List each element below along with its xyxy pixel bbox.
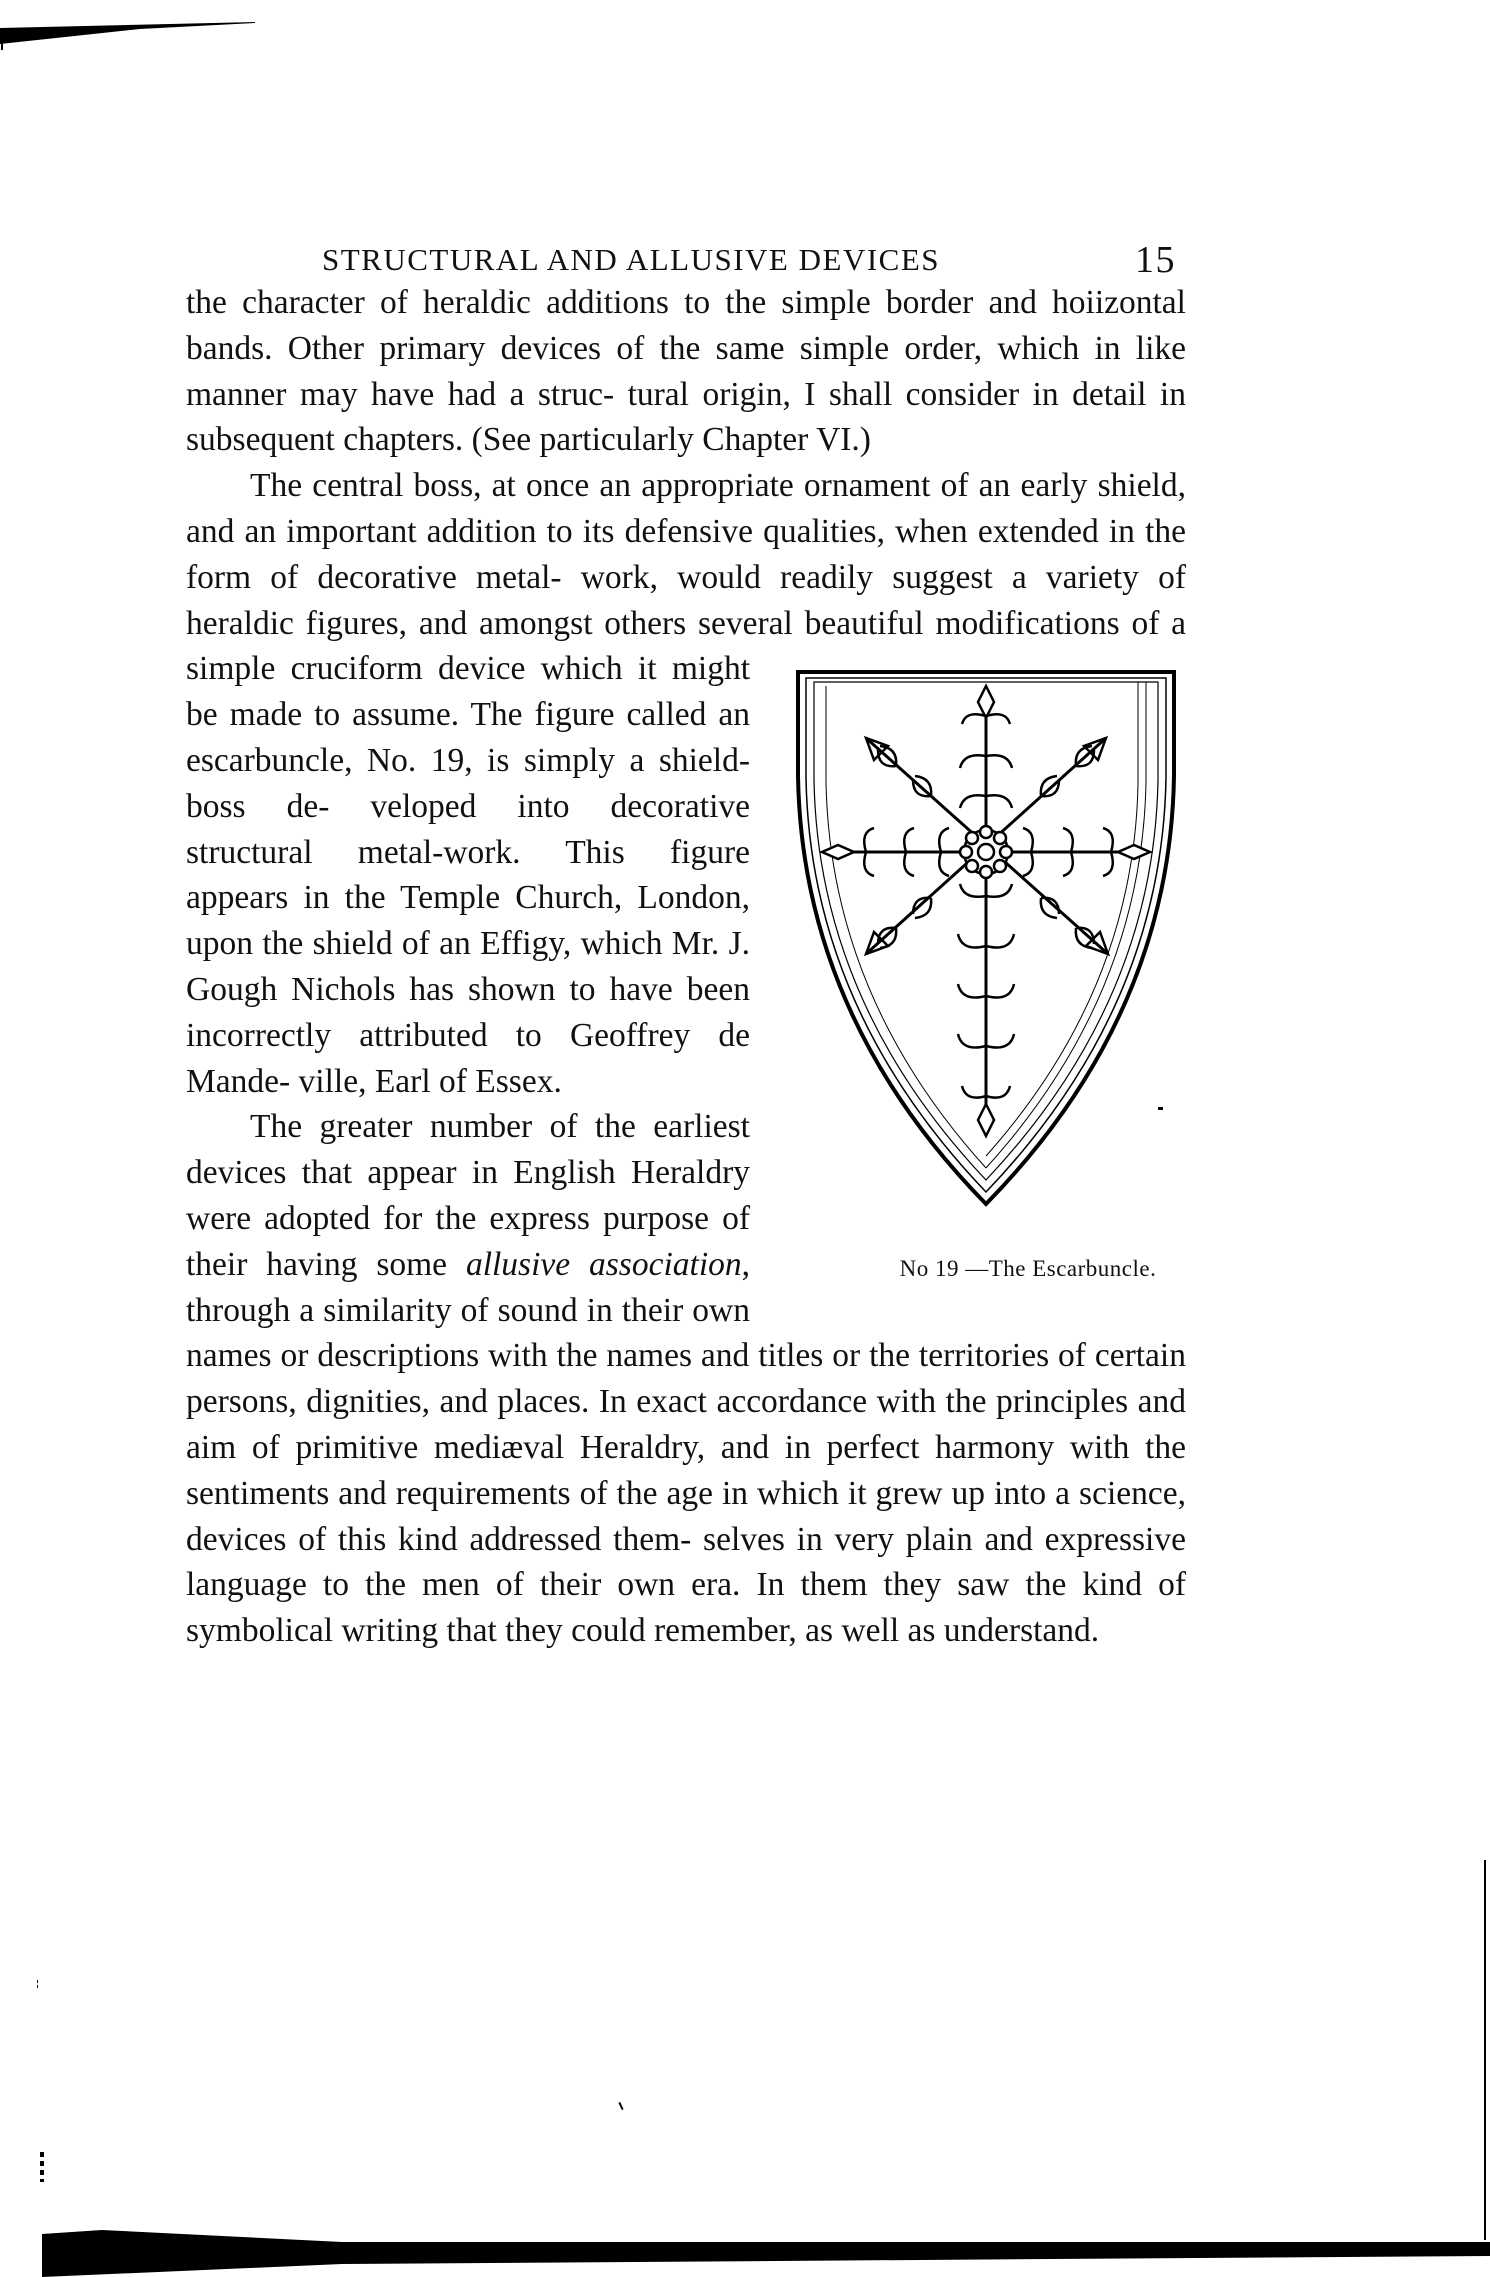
scan-speck — [618, 2102, 623, 2110]
scan-mark — [1, 36, 3, 50]
emphasis-allusive-association: allusive association — [466, 1246, 742, 1283]
running-head: STRUCTURAL AND ALLUSIVE DEVICES 15 — [186, 230, 1186, 280]
paragraph-3-end: , through a similarity of sound in their… — [186, 1246, 1186, 1649]
scan-edge-right — [1484, 1860, 1486, 2240]
figure-caption: No 19 —The Escarbuncle. — [796, 1246, 1196, 1292]
scan-mark — [40, 2152, 44, 2182]
body-text: the character of heraldic additions to t… — [186, 280, 1186, 1654]
paragraph-2-continued: simple cruciform device which it might b… — [186, 650, 750, 1099]
figure-escarbuncle: No 19 —The Escarbuncle. — [786, 656, 1186, 1296]
scan-edge-top — [0, 18, 255, 44]
paragraph-1: the character of heraldic additions to t… — [186, 280, 1186, 463]
paragraph-2: The central boss, at once an appropriate… — [186, 463, 1186, 1104]
book-page: STRUCTURAL AND ALLUSIVE DEVICES 15 the c… — [186, 230, 1186, 1654]
page-number: 15 — [1135, 238, 1176, 282]
running-head-title: STRUCTURAL AND ALLUSIVE DEVICES — [322, 242, 940, 278]
scan-mark — [37, 1980, 38, 1990]
escarbuncle-shield-icon — [786, 656, 1186, 1216]
paragraph-2-lead: The central boss, at once an appropriate… — [186, 467, 1186, 641]
scan-edge-bottom — [42, 2228, 1490, 2277]
